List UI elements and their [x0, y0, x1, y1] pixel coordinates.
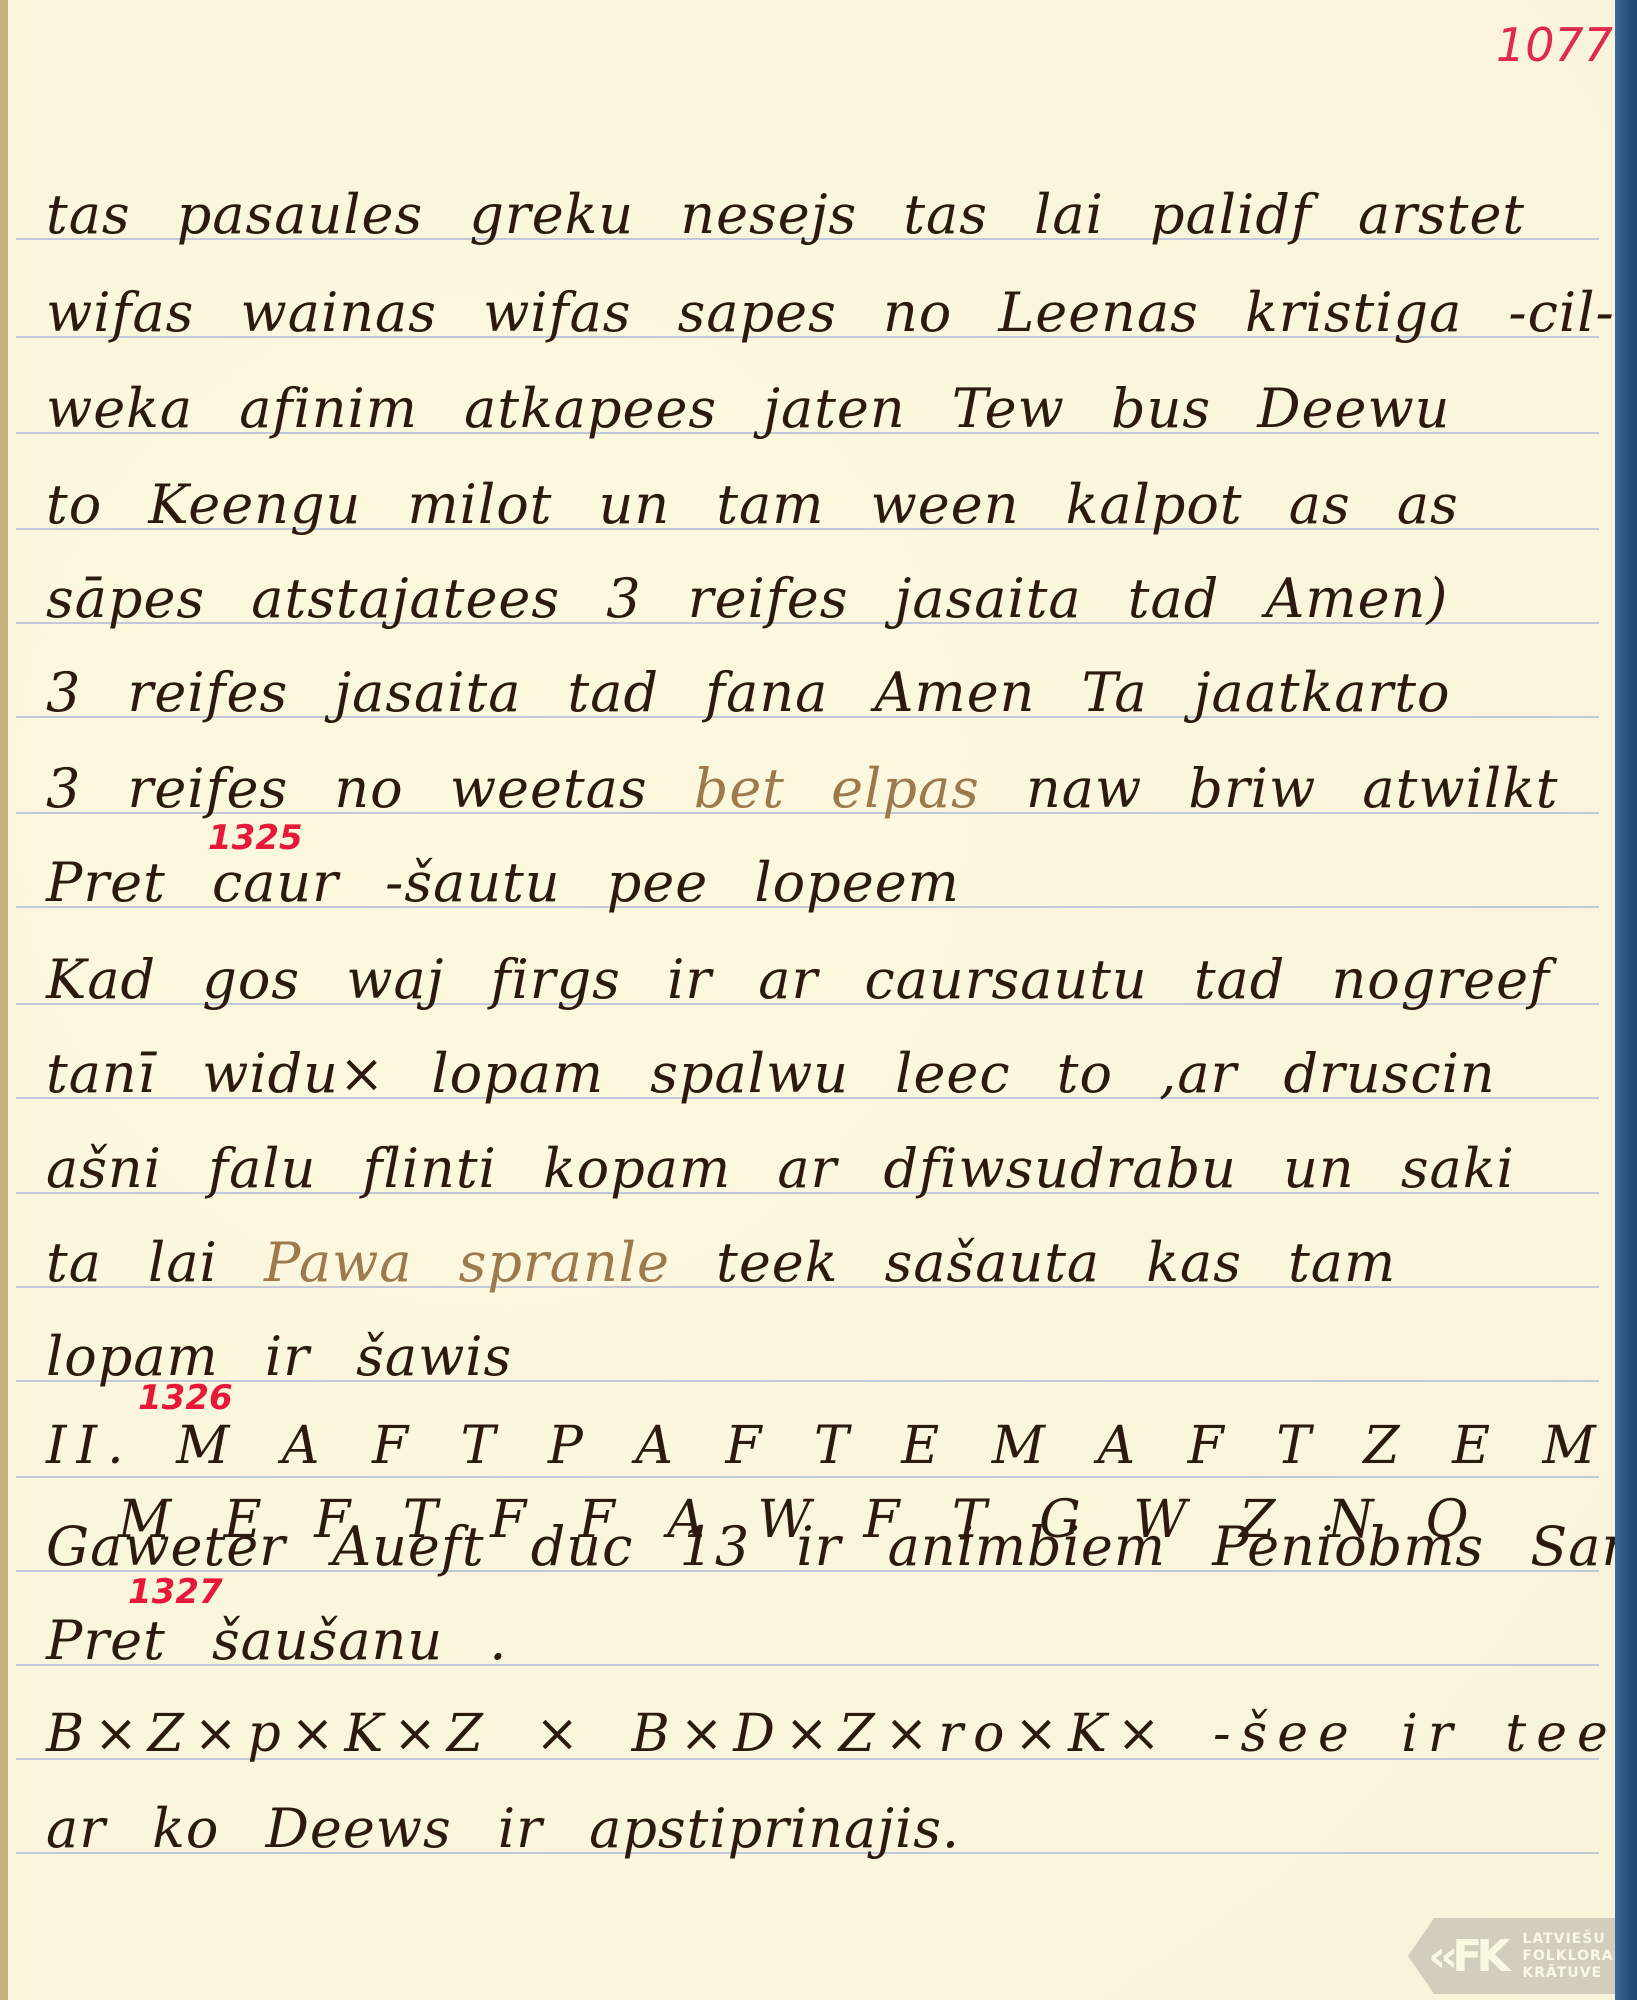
text-line-1: tas pasaules greku nesejs tas lai palidf… — [46, 188, 1578, 242]
text-line-17-heading: Pret šaušanu . — [46, 1614, 1578, 1668]
archive-logo: ‹‹FK LATVIEŠU FOLKLORAS KRĀTUVE — [1408, 1918, 1626, 1994]
text-line-10: tanī widu× lopam spalwu leec to ,ar drus… — [46, 1047, 1578, 1101]
text-line-11: ašni falu flinti kopam ar dfiwsudrabu un… — [46, 1142, 1578, 1196]
text-line-2: wifas wainas wifas sapes no Leenas krist… — [46, 286, 1578, 340]
logo-mark-icon: ‹‹FK — [1428, 1931, 1504, 1982]
logo-text: LATVIEŠU FOLKLORAS KRĀTUVE — [1522, 1931, 1624, 1982]
faded-text-segment: Pawa spranle — [264, 1231, 670, 1294]
text-segment: teek sašauta kas tam — [716, 1231, 1396, 1294]
logo-line: KRĀTUVE — [1522, 1965, 1624, 1982]
text-line-6: 3 reifes jasaita tad fana Amen Ta jaatka… — [46, 666, 1578, 720]
manuscript-page: 1077 tas pasaules greku nesejs tas lai p… — [0, 0, 1618, 2000]
text-line-13: lopam ir šawis — [46, 1330, 1578, 1384]
ruled-line — [16, 1476, 1599, 1478]
text-line-3: weka afinim atkapees jaten Tew bus Deewu — [46, 382, 1578, 436]
cipher-line-1: II. M A F T P A F T E M A F T Z E M E T — [46, 1420, 1578, 1472]
text-line-16: Gaweter Aueft duc 13 ir animbiem Peniobm… — [46, 1520, 1578, 1574]
archive-entry-number: 1326 — [138, 1378, 233, 1418]
text-segment: ta lai — [46, 1231, 218, 1294]
archive-entry-number: 1327 — [128, 1572, 223, 1612]
text-line-12: ta lai Pawa spranle teek sašauta kas tam — [46, 1236, 1578, 1290]
logo-line: LATVIEŠU — [1522, 1931, 1624, 1948]
faded-text-segment: bet elpas — [694, 757, 980, 820]
text-segment: naw briw atwilkt — [1026, 757, 1558, 820]
notebook-cover-edge — [1615, 0, 1637, 2000]
text-line-18: B×Z×p×K×Z × B×D×Z×ro×K× -šee ir tee ward… — [46, 1708, 1578, 1760]
text-line-9: Kad gos waj firgs ir ar caursautu tad no… — [46, 953, 1578, 1007]
page-number: 1077 — [1496, 18, 1613, 72]
text-line-19: ar ko Deews ir apstiprinajis. — [46, 1802, 1578, 1856]
text-line-4: to Keengu milot un tam ween kalpot as as — [46, 478, 1578, 532]
text-line-7: 3 reifes no weetas bet elpas naw briw at… — [46, 762, 1578, 816]
text-line-5: sāpes atstajatees 3 reifes jasaita tad A… — [46, 572, 1578, 626]
text-line-8-heading: Pret caur -šautu pee lopeem — [46, 856, 1578, 910]
logo-line: FOLKLORAS — [1522, 1948, 1624, 1965]
text-segment: 3 reifes no weetas — [46, 757, 648, 820]
